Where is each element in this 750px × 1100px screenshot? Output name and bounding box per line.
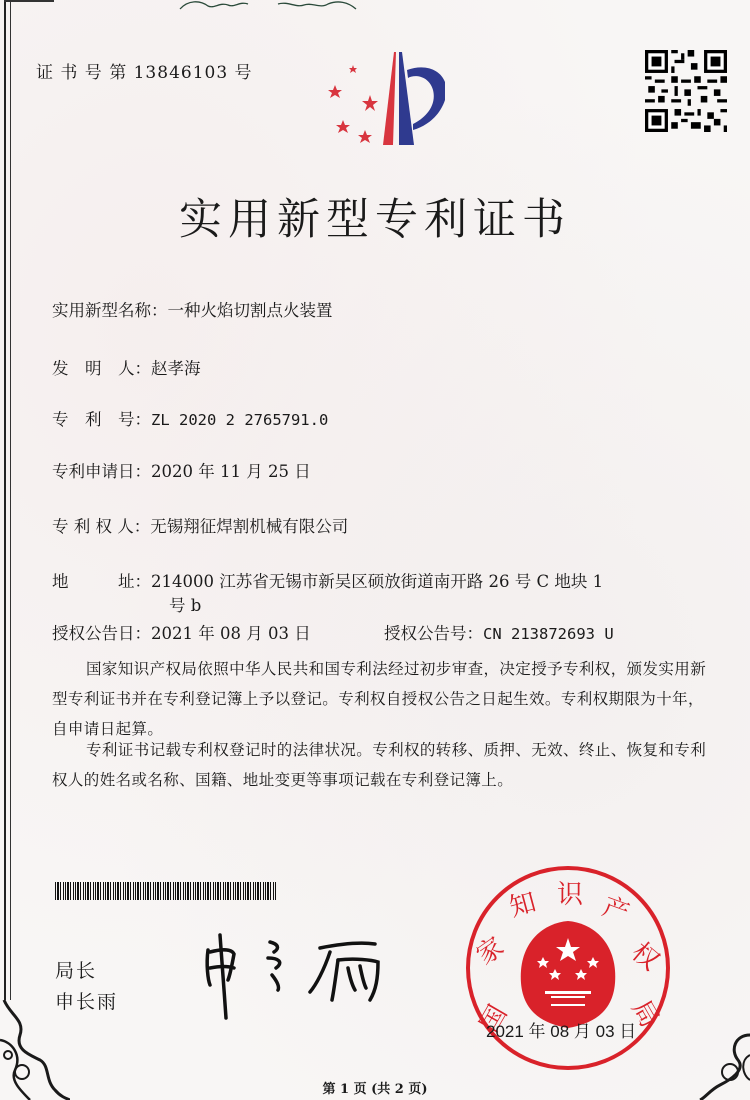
field-value: 赵孝海 [151, 359, 201, 378]
page-indicator: 第 1 页 (共 2 页) [0, 1078, 750, 1097]
field-value: 无锡翔征焊割机械有限公司 [150, 517, 348, 536]
field-label: 实用新型名称： [52, 297, 168, 321]
field-grant-date: 授权公告日：2021 年 08 月 03 日 [52, 620, 311, 644]
field-value: 2020 年 11 月 25 日 [151, 462, 311, 481]
field-label: 专 利 号： [52, 406, 151, 430]
field-utility-model-name: 实用新型名称：一种火焰切割点火装置 [52, 297, 333, 321]
field-filing-date: 专利申请日：2020 年 11 月 25 日 [52, 458, 311, 482]
field-address: 地 址：214000 江苏省无锡市新吴区硕放街道南开路 26 号 C 地块 1 [52, 568, 603, 592]
top-ornament-icon [178, 0, 358, 10]
signature-icon [200, 930, 390, 1020]
field-inventor: 发 明 人：赵孝海 [52, 355, 201, 379]
field-address-continued: 号 b [169, 592, 201, 616]
field-value: 2021 年 08 月 03 日 [151, 624, 311, 643]
certificate-number: 证 书 号 第 13846103 号 [36, 58, 253, 83]
field-label: 专 利 权 人： [52, 513, 150, 537]
field-label: 专利申请日： [52, 458, 151, 482]
field-value: ZL 2020 2 2765791.0 [151, 411, 328, 429]
top-frame-border [4, 0, 54, 6]
svg-text:产: 产 [598, 892, 633, 929]
certificate-title: 实用新型专利证书 [0, 186, 750, 247]
field-patent-number: 专 利 号：ZL 2020 2 2765791.0 [52, 406, 328, 430]
director-title: 局长 [55, 956, 97, 983]
field-grant-number: 授权公告号：CN 213872693 U [384, 620, 614, 644]
left-frame-border [4, 0, 11, 1000]
barcode-icon [55, 882, 277, 900]
seal-date: 2021 年 08 月 03 日 [486, 1017, 636, 1042]
cnipa-logo-icon [315, 40, 445, 150]
svg-text:识: 识 [557, 880, 584, 910]
body-paragraph-2: 专利证书记载专利权登记时的法律状况。专利权的转移、质押、无效、终止、恢复和专利权… [52, 735, 712, 795]
svg-text:家: 家 [471, 932, 510, 971]
field-value: CN 213872693 U [483, 625, 614, 643]
field-value: 214000 江苏省无锡市新吴区硕放街道南开路 26 号 C 地块 1 [151, 572, 603, 591]
field-label: 地 址： [52, 568, 151, 592]
svg-text:权: 权 [626, 937, 665, 977]
field-label: 授权公告日： [52, 620, 151, 644]
svg-text:知: 知 [506, 887, 539, 923]
qr-code-icon [645, 50, 727, 132]
field-label: 授权公告号： [384, 620, 483, 644]
body-paragraph-1: 国家知识产权局依照中华人民共和国专利法经过初步审查，决定授予专利权，颁发实用新型… [52, 654, 712, 744]
field-patentee: 专 利 权 人：无锡翔征焊割机械有限公司 [52, 513, 348, 537]
field-label: 发 明 人： [52, 355, 151, 379]
field-value: 号 b [169, 596, 201, 615]
director-name: 申长雨 [55, 987, 118, 1014]
field-value: 一种火焰切割点火装置 [168, 301, 333, 320]
